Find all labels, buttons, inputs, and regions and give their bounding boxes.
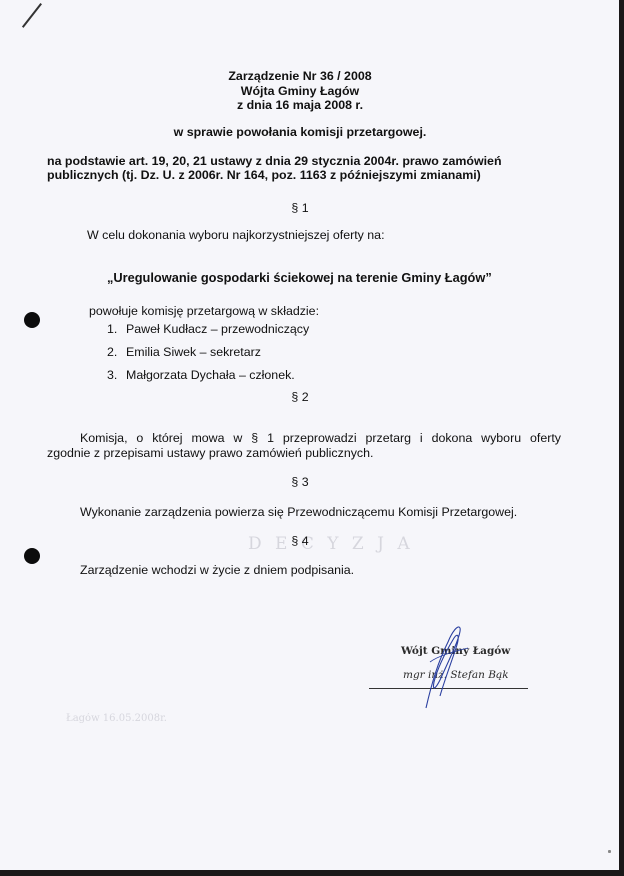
section-heading-4: § 4 xyxy=(0,534,600,548)
list-item: 3.Małgorzata Dychała – członek. xyxy=(107,367,309,390)
member-name: Paweł Kudłacz – przewodniczący xyxy=(126,322,309,336)
show-through-date: Łagów 16.05.2008r. xyxy=(66,713,167,724)
order-date: z dnia 16 maja 2008 r. xyxy=(0,98,600,113)
punch-hole-bottom xyxy=(24,548,40,564)
issuer: Wójta Gminy Łagów xyxy=(0,84,600,99)
document-header: Zarządzenie Nr 36 / 2008 Wójta Gminy Łag… xyxy=(0,69,600,113)
list-item: 2.Emilia Siwek – sekretarz xyxy=(107,344,309,367)
scan-speck xyxy=(608,850,611,853)
order-number: Zarządzenie Nr 36 / 2008 xyxy=(0,69,600,84)
legal-basis-line-2: publicznych (tj. Dz. U. z 2006r. Nr 164,… xyxy=(47,168,481,182)
section-heading-1: § 1 xyxy=(0,201,600,215)
scanner-border-right xyxy=(619,0,624,876)
project-name: „Uregulowanie gospodarki ściekowej na te… xyxy=(107,270,492,285)
section-4-text: Zarządzenie wchodzi w życie z dniem podp… xyxy=(80,563,354,577)
section-heading-3: § 3 xyxy=(0,475,600,489)
section-3-text: Wykonanie zarządzenia powierza się Przew… xyxy=(80,505,517,519)
legal-basis-line-1: na podstawie art. 19, 20, 21 ustawy z dn… xyxy=(47,154,502,168)
section-2-text-line-1: Komisja, o której mowa w § 1 przeprowadz… xyxy=(80,431,561,445)
list-item: 1.Paweł Kudłacz – przewodniczący xyxy=(107,321,309,344)
section-1-appoint: powołuje komisję przetargową w składzie: xyxy=(89,304,319,318)
section-heading-2: § 2 xyxy=(0,390,600,404)
committee-members-list: 1.Paweł Kudłacz – przewodniczący 2.Emili… xyxy=(107,321,309,390)
handwritten-signature xyxy=(418,622,478,712)
section-1-intro: W celu dokonania wyboru najkorzystniejsz… xyxy=(87,228,385,242)
member-name: Małgorzata Dychała – członek. xyxy=(126,368,295,382)
section-2-text-line-2: zgodnie z przepisami ustawy prawo zamówi… xyxy=(47,446,373,460)
member-name: Emilia Siwek – sekretarz xyxy=(126,345,261,359)
document-subject: w sprawie powołania komisji przetargowej… xyxy=(0,125,600,139)
pen-mark xyxy=(22,3,42,28)
document-page: D E C Y Z J A Łagów 16.05.2008r. Zarządz… xyxy=(0,0,620,870)
scanner-border-bottom xyxy=(0,870,624,876)
punch-hole-top xyxy=(24,312,40,328)
